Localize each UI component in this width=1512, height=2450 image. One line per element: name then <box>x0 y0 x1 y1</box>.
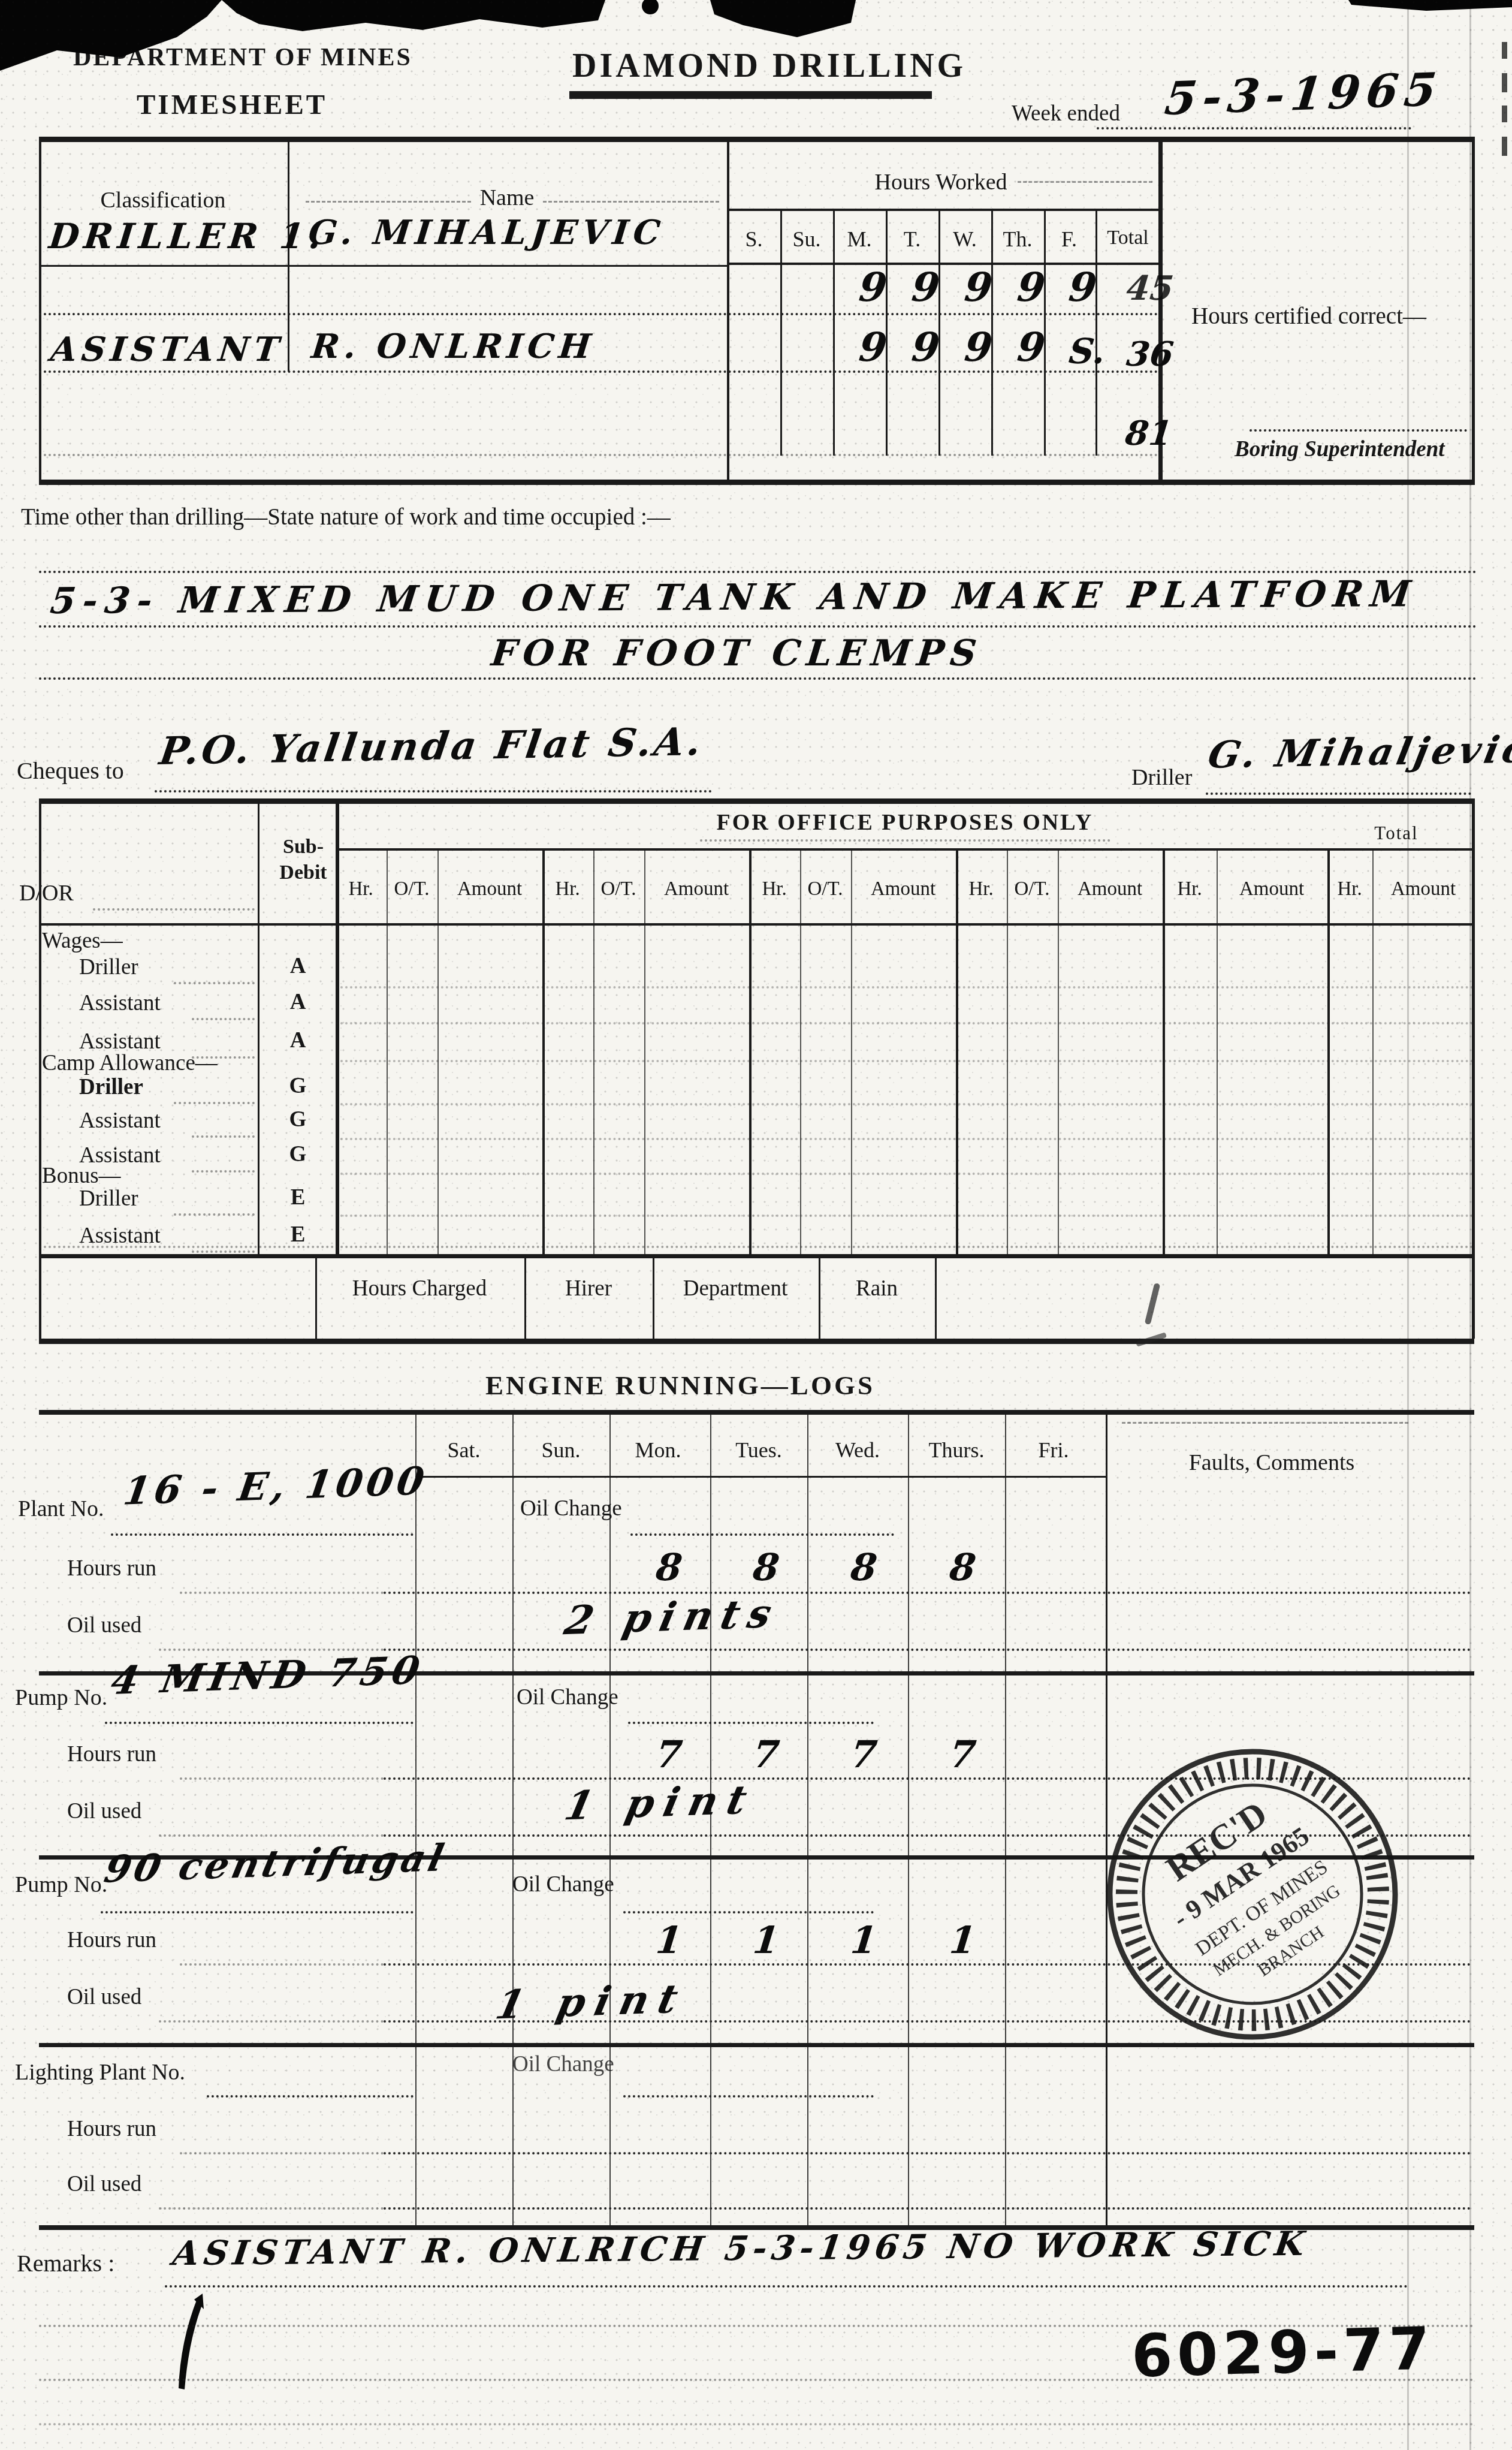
table-border <box>39 798 1474 804</box>
pump90-hours-mon: 1 <box>654 1918 684 1962</box>
cheques-value: P.O. Yallunda Flat S.A. <box>157 719 707 774</box>
hours-run-label: Hours run <box>67 2116 156 2142</box>
pump90-hours-tues: 1 <box>751 1918 781 1962</box>
superintendent-label: Boring Superintendent <box>1235 436 1445 462</box>
cheques-line <box>155 790 712 792</box>
name-cell-assistant: R. ONLRICH <box>310 327 597 366</box>
subdebit-g1: G <box>289 1073 307 1099</box>
classification-header: Classification <box>101 187 226 213</box>
table-border <box>39 137 41 485</box>
writing-line <box>111 1533 414 1536</box>
col-amount: Amount <box>1078 878 1142 900</box>
title-underline <box>569 91 932 99</box>
grid-line <box>800 848 801 1254</box>
row-wages-driller: Driller <box>79 954 138 980</box>
col-hr: Hr. <box>1337 878 1362 900</box>
hours-worked-header: Hours Worked <box>874 169 1007 195</box>
group-wages: Wages— <box>42 928 123 954</box>
column-line <box>727 137 729 485</box>
sub-debit-line2: Debit <box>279 861 327 884</box>
row-line <box>39 454 1158 456</box>
day-col-su: Su. <box>792 227 820 252</box>
leader <box>159 1834 384 1837</box>
plant-hours-thurs: 8 <box>947 1545 978 1589</box>
pump4-hours-wed: 7 <box>849 1732 879 1776</box>
col-hr: Hr. <box>348 878 373 900</box>
grid-line <box>956 848 958 1254</box>
grid-line <box>1163 848 1165 1254</box>
leader <box>192 1135 255 1138</box>
oil-change-label: Oil Change <box>512 2051 614 2077</box>
writing-line <box>207 2095 414 2098</box>
classification-cell-driller: DRILLER 1. <box>47 216 328 257</box>
scanned-timesheet-page: DEPARTMENT OF MINES TIMESHEET DIAMOND DR… <box>0 0 1512 2450</box>
hours-driller-th: 9 <box>1015 264 1048 311</box>
table-border <box>39 1339 1474 1344</box>
remarks-value: ASISTANT R. ONLRICH 5-3-1965 NO WORK SIC… <box>171 2224 1312 2274</box>
hours-assistant-m: 9 <box>857 324 889 370</box>
leader <box>192 1018 255 1020</box>
engine-col-thurs: Thurs. <box>929 1438 985 1463</box>
row-line <box>336 1138 1474 1140</box>
subdebit-g2: G <box>289 1107 307 1132</box>
day-col-w: W. <box>953 227 977 252</box>
total-extra: 81 <box>1124 414 1175 453</box>
remarks-label: Remarks : <box>17 2249 114 2277</box>
driller-signature: G. Mihaljevic <box>1205 727 1512 776</box>
leader <box>159 2207 384 2210</box>
oil-used-label: Oil used <box>67 1984 141 2010</box>
classification-cell-assistant: ASISTANT <box>49 330 286 369</box>
total-assistant: 36 <box>1125 334 1176 374</box>
table-border <box>39 137 1474 142</box>
day-col-th: Th. <box>1003 227 1033 252</box>
edge-mark <box>1502 106 1507 122</box>
grid-line <box>336 848 1474 851</box>
pump4-hours-thurs: 7 <box>947 1732 978 1776</box>
other-time-entry-1: 5-3- MIXED MUD ONE TANK AND MAKE PLATFOR… <box>48 573 1420 622</box>
day-col-s: S. <box>745 227 762 252</box>
grid-line <box>833 209 835 456</box>
grid-line <box>851 848 852 1254</box>
leader <box>180 1963 384 1966</box>
plant-oil-used: 2 pints <box>560 1590 784 1644</box>
row-line <box>384 2207 1471 2210</box>
hours-assistant-th: 9 <box>1015 324 1048 370</box>
grid-line <box>542 848 545 1254</box>
grid-line <box>387 848 388 1254</box>
hours-driller-m: 9 <box>857 264 889 311</box>
subdebit-g3: G <box>289 1141 307 1167</box>
row-line <box>39 370 1158 373</box>
rule <box>39 2379 1474 2381</box>
grid-line <box>1058 848 1059 1254</box>
row-line <box>336 1215 1474 1217</box>
grid-line <box>415 1415 417 2225</box>
pump-no-label: Pump No. <box>15 1684 107 1711</box>
plant-no-label: Plant No. <box>18 1496 104 1522</box>
leader <box>174 1102 255 1104</box>
writing-line <box>39 677 1477 680</box>
grid-line <box>315 1258 317 1339</box>
certified-label: Hours certified correct— <box>1191 303 1426 330</box>
name-header: Name <box>472 185 543 211</box>
writing-line <box>165 2285 1408 2288</box>
writing-line <box>628 1722 874 1724</box>
other-time-label: Time other than drilling—State nature of… <box>21 504 671 531</box>
grid-line <box>512 1415 514 2225</box>
leader <box>180 2152 384 2154</box>
pen-mark <box>161 2291 209 2393</box>
grid-line <box>1327 848 1330 1254</box>
grid-line <box>819 1258 820 1339</box>
plant-hours-mon: 8 <box>654 1545 684 1589</box>
hours-assistant-w: 9 <box>962 324 995 370</box>
ink-smudge <box>1145 1283 1161 1325</box>
col-amount: Amount <box>871 878 935 900</box>
hours-driller-w: 9 <box>962 264 995 311</box>
engine-col-fri: Fri. <box>1038 1438 1069 1463</box>
hours-run-label: Hours run <box>67 1556 156 1581</box>
hours-run-label: Hours run <box>67 1927 156 1953</box>
row-line <box>384 2152 1471 2154</box>
col-hr: Hr. <box>762 878 786 900</box>
grid-line <box>780 209 782 456</box>
dor-label: D/OR <box>19 880 74 906</box>
torn-paper-edge <box>0 0 1512 90</box>
grid-line <box>749 848 752 1254</box>
grid-line <box>1372 848 1374 1254</box>
table-border <box>39 1410 1474 1415</box>
pump-no-label: Pump No. <box>15 1872 107 1898</box>
grid-line <box>336 798 339 1254</box>
timesheet-title: TIMESHEET <box>137 89 327 121</box>
row-bonus-driller: Driller <box>79 1186 138 1212</box>
leader <box>192 1170 255 1173</box>
engine-col-wed: Wed. <box>835 1438 880 1463</box>
rule <box>93 908 255 911</box>
row-line <box>336 1022 1474 1024</box>
name-cell-driller: G. MIHALJEVIC <box>307 213 667 252</box>
row-line <box>384 1649 1471 1651</box>
rule <box>1122 1422 1408 1424</box>
summary-rain: Rain <box>856 1276 898 1301</box>
grid-line <box>415 1476 1107 1478</box>
row-camp-driller: Driller <box>79 1074 143 1100</box>
signature-line <box>1250 429 1467 432</box>
hours-assistant-t: 9 <box>910 324 942 370</box>
group-camp: Camp Allowance— <box>42 1050 218 1076</box>
grid-line <box>258 798 259 1254</box>
summary-hours-charged: Hours Charged <box>352 1276 487 1301</box>
sub-debit-label: Sub- Debit <box>271 834 336 885</box>
hours-run-label: Hours run <box>67 1741 156 1767</box>
subdebit-e1: E <box>291 1185 306 1210</box>
oil-used-label: Oil used <box>67 1613 141 1638</box>
ledger-line <box>1407 0 1409 2450</box>
leader <box>192 1250 255 1253</box>
subdebit-a3: A <box>290 1027 306 1053</box>
week-ended-line <box>1097 127 1411 129</box>
row-line <box>39 265 727 267</box>
summary-hirer: Hirer <box>565 1276 612 1301</box>
driller-sig-label: Driller <box>1131 764 1192 791</box>
leader <box>180 1777 384 1780</box>
col-amount: Amount <box>1239 878 1304 900</box>
day-col-f: F. <box>1061 227 1077 252</box>
hours-assistant-f: S. <box>1067 331 1107 372</box>
col-amount: Amount <box>1391 878 1456 900</box>
subdebit-a2: A <box>290 989 306 1015</box>
grid-line <box>1217 848 1218 1254</box>
row-line <box>39 313 1158 315</box>
grid-line <box>39 1254 1474 1258</box>
row-line <box>39 1246 1474 1248</box>
oil-change-label: Oil Change <box>520 1496 622 1521</box>
day-col-t: T. <box>904 227 921 252</box>
edge-mark <box>1502 137 1507 156</box>
plant-no-value: 16 - E, 1000 <box>120 1458 430 1514</box>
summary-department: Department <box>683 1276 788 1301</box>
hours-driller-t: 9 <box>910 264 942 311</box>
row-line <box>336 1173 1474 1175</box>
writing-line <box>623 1911 874 1913</box>
rule <box>700 839 1110 842</box>
engine-col-sat: Sat. <box>447 1438 480 1463</box>
oil-change-label: Oil Change <box>517 1684 618 1710</box>
lighting-plant-label: Lighting Plant No. <box>15 2059 185 2086</box>
pump-no-value: 4 MIND 750 <box>108 1648 428 1704</box>
grid-line <box>653 1258 654 1339</box>
engine-col-sun: Sun. <box>541 1438 580 1463</box>
oil-used-label: Oil used <box>67 1798 141 1824</box>
engine-col-mon: Mon. <box>635 1438 681 1463</box>
grid-line <box>1007 848 1008 1254</box>
pump90-hours-thurs: 1 <box>947 1918 978 1962</box>
pump4-hours-tues: 7 <box>751 1732 781 1776</box>
row-camp-assistant1: Assistant <box>79 1108 161 1134</box>
oil-used-label: Oil used <box>67 2171 141 2197</box>
office-total-header: Total <box>1374 822 1418 844</box>
rule <box>1018 181 1152 183</box>
col-ot: O/T. <box>601 878 636 900</box>
col-hr: Hr. <box>555 878 580 900</box>
grid-line <box>1005 1415 1006 2225</box>
writing-line <box>630 1533 894 1536</box>
hours-driller-f: 9 <box>1067 264 1099 311</box>
row-wages-assistant1: Assistant <box>79 990 161 1016</box>
col-hr: Hr. <box>968 878 993 900</box>
grid-line <box>39 923 1474 926</box>
leader <box>174 1213 255 1216</box>
faults-comments-header: Faults, Comments <box>1189 1449 1355 1476</box>
office-title: FOR OFFICE PURPOSES ONLY <box>716 809 1093 836</box>
engine-title: ENGINE RUNNING—LOGS <box>485 1370 875 1401</box>
leader <box>159 2020 384 2023</box>
signature-line <box>1206 792 1471 795</box>
grid-line <box>935 1258 937 1339</box>
pump90-hours-wed: 1 <box>849 1918 879 1962</box>
grid-line <box>593 848 594 1254</box>
cheques-label: Cheques to <box>17 757 124 785</box>
plant-hours-tues: 8 <box>751 1545 781 1589</box>
row-line <box>336 1103 1474 1105</box>
writing-line <box>105 1722 414 1724</box>
grid-line <box>908 1415 909 2225</box>
col-hr: Hr. <box>1177 878 1202 900</box>
writing-line <box>101 1911 414 1913</box>
subdebit-a1: A <box>290 953 306 979</box>
leader <box>174 982 255 984</box>
col-ot: O/T. <box>394 878 430 900</box>
row-line <box>384 1592 1471 1594</box>
writing-line <box>39 571 1477 573</box>
col-amount: Amount <box>457 878 522 900</box>
table-border <box>1472 137 1475 485</box>
other-time-entry-2: FOR FOOT CLEMPS <box>489 632 984 674</box>
grid-line <box>437 848 439 1254</box>
pump90-no-value: 90 centrifugal <box>101 1836 451 1891</box>
sub-debit-line1: Sub- <box>283 836 324 858</box>
pump4-hours-mon: 7 <box>654 1732 684 1776</box>
leader <box>180 1592 384 1594</box>
writing-line <box>623 2095 874 2098</box>
col-ot: O/T. <box>1015 878 1050 900</box>
col-ot: O/T. <box>808 878 843 900</box>
col-amount: Amount <box>664 878 729 900</box>
oil-change-label: Oil Change <box>512 1872 614 1897</box>
grid-line <box>644 848 645 1254</box>
subdebit-e2: E <box>291 1222 306 1247</box>
grid-line <box>524 1258 526 1339</box>
table-border <box>39 480 1474 485</box>
week-ended-label: Week ended <box>1012 101 1120 126</box>
ledger-line <box>1469 0 1471 2450</box>
row-line <box>336 1060 1474 1062</box>
total-driller: 45 <box>1125 269 1176 308</box>
writing-line <box>39 625 1477 628</box>
received-stamp: REC'D - 9 MAR 1965 DEPT. OF MINES MECH. … <box>1101 1743 1404 2046</box>
row-line <box>336 986 1474 989</box>
rule <box>39 2423 1474 2425</box>
plant-hours-wed: 8 <box>849 1545 879 1589</box>
day-col-m: M. <box>847 227 871 252</box>
day-col-total: Total <box>1107 227 1148 249</box>
row-bonus-assistant: Assistant <box>79 1223 161 1249</box>
grid-line <box>807 1415 808 2225</box>
group-bonus: Bonus— <box>42 1163 121 1189</box>
engine-col-tues: Tues. <box>735 1438 782 1463</box>
pump4-oil-used: 1 pint <box>560 1776 760 1830</box>
